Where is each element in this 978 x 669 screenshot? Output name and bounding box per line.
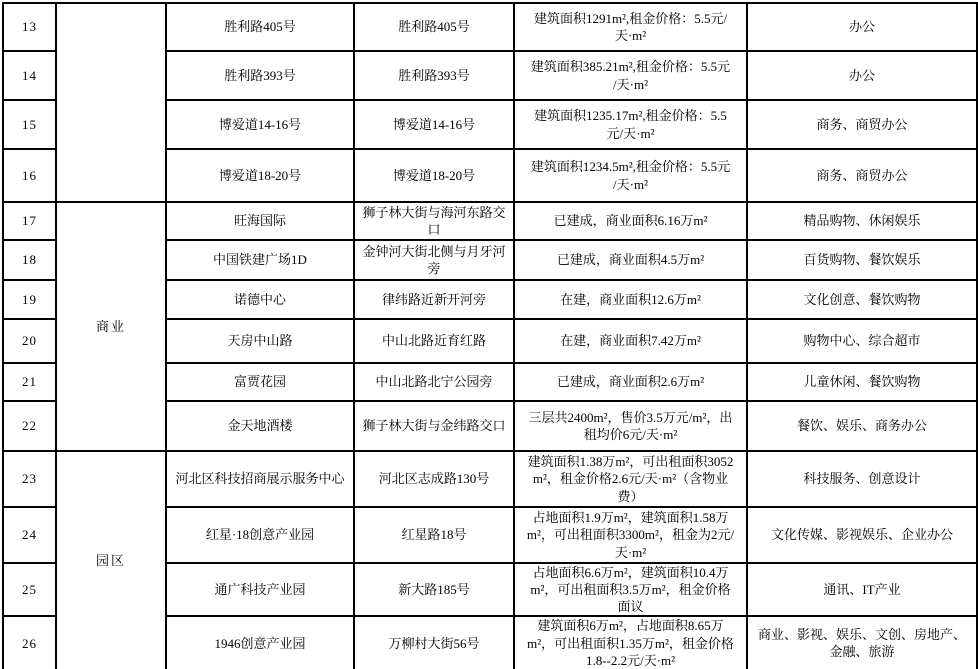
row-number-cell: 19 (3, 280, 56, 319)
location-cell: 中山北路近育红路 (354, 319, 514, 363)
details-cell: 建筑面积1235.17m²,租金价格：5.5 元/天·m² (514, 100, 747, 149)
usage-cell: 办公 (747, 3, 977, 51)
name-cell: 诺德中心 (166, 280, 354, 319)
name-cell: 博爱道14-16号 (166, 100, 354, 149)
row-number-cell: 14 (3, 51, 56, 100)
details-cell: 占地面积6.6万m²，建筑面积10.4万 m²，可出租面积3.5万m²，租金价格… (514, 563, 747, 616)
location-cell: 博爱道14-16号 (354, 100, 514, 149)
row-number-cell: 17 (3, 202, 56, 240)
location-cell: 河北区志成路130号 (354, 451, 514, 507)
location-cell: 狮子林大街与海河东路交 口 (354, 202, 514, 240)
name-cell: 胜利路393号 (166, 51, 354, 100)
name-cell: 中国铁建广场1D (166, 240, 354, 280)
name-cell: 金天地酒楼 (166, 401, 354, 451)
usage-cell: 通讯、IT产业 (747, 563, 977, 616)
table-row: 23 园区 河北区科技招商展示服务中心 河北区志成路130号 建筑面积1.38万… (3, 451, 977, 507)
name-cell: 天房中山路 (166, 319, 354, 363)
usage-cell: 科技服务、创意设计 (747, 451, 977, 507)
details-cell: 三层共2400m²，售价3.5万元/m²，出 租均价6元/天·m² (514, 401, 747, 451)
usage-cell: 商务、商贸办公 (747, 100, 977, 149)
row-number-cell: 24 (3, 507, 56, 563)
category-cell: 商业 (56, 202, 166, 451)
row-number-cell: 20 (3, 319, 56, 363)
usage-cell: 百货购物、餐饮娱乐 (747, 240, 977, 280)
name-cell: 通广科技产业园 (166, 563, 354, 616)
location-cell: 新大路185号 (354, 563, 514, 616)
name-cell: 胜利路405号 (166, 3, 354, 51)
row-number-cell: 23 (3, 451, 56, 507)
usage-cell: 购物中心、综合超市 (747, 319, 977, 363)
row-number-cell: 21 (3, 363, 56, 401)
name-cell: 河北区科技招商展示服务中心 (166, 451, 354, 507)
location-cell: 红星路18号 (354, 507, 514, 563)
location-cell: 胜利路405号 (354, 3, 514, 51)
location-cell: 中山北路北宁公园旁 (354, 363, 514, 401)
usage-cell: 文化创意、餐饮购物 (747, 280, 977, 319)
row-number-cell: 16 (3, 149, 56, 202)
details-cell: 在建，商业面积7.42万m² (514, 319, 747, 363)
usage-cell: 商业、影视、娱乐、文创、房地产、 金融、旅游 (747, 616, 977, 669)
table-row: 13 胜利路405号 胜利路405号 建筑面积1291m²,租金价格：5.5元/… (3, 3, 977, 51)
details-cell: 已建成，商业面积4.5万m² (514, 240, 747, 280)
details-cell: 建筑面积1.38万m²，可出租面积3052 m²，租金价格2.6元/天·m²（含… (514, 451, 747, 507)
usage-cell: 精品购物、休闲娱乐 (747, 202, 977, 240)
location-cell: 狮子林大街与金纬路交口 (354, 401, 514, 451)
location-cell: 金钟河大街北侧与月牙河 旁 (354, 240, 514, 280)
row-number-cell: 13 (3, 3, 56, 51)
location-cell: 胜利路393号 (354, 51, 514, 100)
row-number-cell: 25 (3, 563, 56, 616)
location-cell: 律纬路近新开河旁 (354, 280, 514, 319)
location-cell: 博爱道18-20号 (354, 149, 514, 202)
row-number-cell: 22 (3, 401, 56, 451)
usage-cell: 儿童休闲、餐饮购物 (747, 363, 977, 401)
details-cell: 占地面积1.9万m²，建筑面积1.58万 m²，可出租面积3300m²，租金为2… (514, 507, 747, 563)
document-page: 13 胜利路405号 胜利路405号 建筑面积1291m²,租金价格：5.5元/… (0, 2, 978, 669)
category-cell: 园区 (56, 451, 166, 669)
details-cell: 建筑面积1234.5m²,租金价格：5.5元 /天·m² (514, 149, 747, 202)
location-cell: 万柳村大街56号 (354, 616, 514, 669)
usage-cell: 办公 (747, 51, 977, 100)
name-cell: 红星·18创意产业园 (166, 507, 354, 563)
row-number-cell: 26 (3, 616, 56, 669)
details-cell: 建筑面积1291m²,租金价格：5.5元/ 天·m² (514, 3, 747, 51)
row-number-cell: 18 (3, 240, 56, 280)
details-cell: 建筑面积385.21m²,租金价格：5.5元 /天·m² (514, 51, 747, 100)
details-cell: 已建成，商业面积6.16万m² (514, 202, 747, 240)
usage-cell: 文化传媒、影视娱乐、企业办公 (747, 507, 977, 563)
details-cell: 已建成，商业面积2.6万m² (514, 363, 747, 401)
name-cell: 富贾花园 (166, 363, 354, 401)
name-cell: 旺海国际 (166, 202, 354, 240)
properties-table: 13 胜利路405号 胜利路405号 建筑面积1291m²,租金价格：5.5元/… (2, 2, 978, 669)
row-number-cell: 15 (3, 100, 56, 149)
table-row: 17 商业 旺海国际 狮子林大街与海河东路交 口 已建成，商业面积6.16万m²… (3, 202, 977, 240)
details-cell: 建筑面积6万m²，占地面积8.65万 m²，可出租面积1.35万m²，租金价格 … (514, 616, 747, 669)
usage-cell: 餐饮、娱乐、商务办公 (747, 401, 977, 451)
name-cell: 1946创意产业园 (166, 616, 354, 669)
usage-cell: 商务、商贸办公 (747, 149, 977, 202)
category-cell (56, 3, 166, 202)
name-cell: 博爱道18-20号 (166, 149, 354, 202)
details-cell: 在建，商业面积12.6万m² (514, 280, 747, 319)
